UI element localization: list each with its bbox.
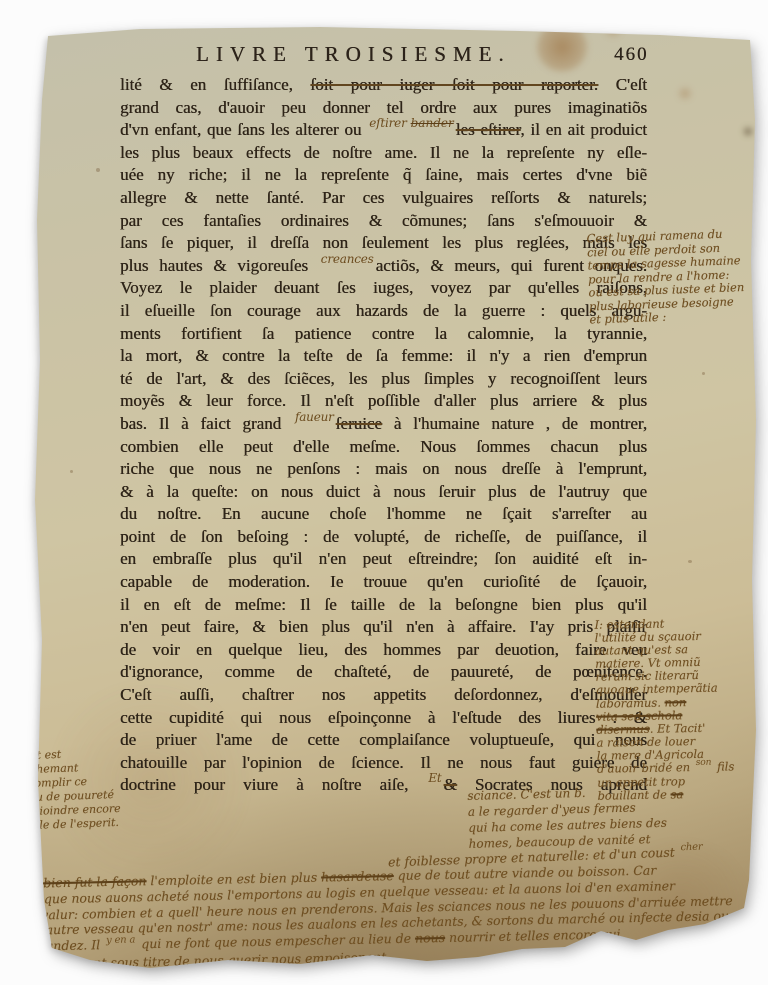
text-line: en embraſſe plus qu'il n'en peut eſtrein… [120, 548, 647, 571]
text-line: n'en peut faire, & bien plus qu'il n'en … [120, 616, 647, 639]
text-line: chatouille par l'opinion de ſcience. Il … [120, 752, 647, 775]
text-line: par ces fantaſies ordinaires & cõmunes; … [120, 210, 647, 233]
margin-note-socrates-right: Cest luy qui ramena duciel ou elle perdo… [586, 226, 768, 327]
text-line: point de ſon beſoing : de volupté, de ri… [120, 526, 647, 549]
ink-stain [676, 86, 694, 101]
scanned-book-page: LIVRE TROISIESME. 460 lité & en ſuffiſan… [0, 0, 768, 985]
text-line: riche que nous ne penſons : mais on nous… [120, 458, 647, 481]
text-line: ſans ſe piquer, il dreſſa non ſeulement … [120, 232, 647, 255]
text-line: allegre & nette ſanté. Par ces vulguaire… [120, 187, 647, 210]
text-line: il eſueille ſon courage aux hazards de l… [120, 300, 647, 323]
text-line: d'ignorance, comme de chaſteté, de pauur… [120, 661, 647, 684]
margin-note-science-continuation: sciance. C'est un b.a le regarder d'yeus… [467, 780, 768, 852]
paper-speck [70, 470, 73, 473]
text-line: té de l'art, & des ſciẽces, les plus ſim… [120, 368, 647, 391]
text-line: lité & en ſuffiſance, ſoit pour iuger ſo… [120, 74, 647, 97]
ink-stain [534, 22, 590, 72]
text-line: capable de moderation. Ie trouue qu'en c… [120, 571, 647, 594]
margin-note-poverty-left: I Et estrichemantacomplir ceueu de pouur… [21, 745, 154, 833]
text-line: uée ny riche; il ne la repreſente q̃ ſai… [120, 164, 647, 187]
text-line: cette cupidité qui nous eſpoinçonne à l'… [120, 707, 647, 730]
text-line: C'eſt auſſi, chaſtrer nos appetits deſor… [120, 684, 647, 707]
ink-stain [742, 126, 754, 137]
ink-stain [601, 18, 625, 38]
text-line: moyẽs & leur force. Il n'eſt poſſible d'… [120, 390, 647, 413]
text-line: il en eſt de meſme: Il ſe taille de la b… [120, 594, 647, 617]
paper-speck [702, 372, 705, 375]
page-shadow-wrap: LIVRE TROISIESME. 460 lité & en ſuffiſan… [0, 0, 768, 985]
paper-speck [688, 560, 692, 563]
text-line: combien elle peut d'elle meſme. Nous ſom… [120, 436, 647, 459]
text-line: bas. Il à faict grand faueurſeruice à l'… [120, 413, 647, 436]
book-title: LIVRE TROISIESME. [196, 42, 511, 67]
printed-body-text: lité & en ſuffiſance, ſoit pour iuger ſo… [120, 74, 647, 797]
paper-speck [96, 168, 100, 172]
paper-sheet: LIVRE TROISIESME. 460 lité & en ſuffiſan… [0, 0, 768, 985]
text-line: Voyez le plaider deuant ſes iuges, voyez… [120, 277, 647, 300]
text-line: la mort, & contre la teſte de ſa femme: … [120, 345, 647, 368]
text-line: de priuer l'ame de cette complaiſance vo… [120, 729, 647, 752]
text-line: d'vn enfant, que ſans les alterer ou eſt… [120, 119, 647, 142]
page-number: 460 [614, 44, 649, 66]
text-line: de voir en quelque lieu, des hommes par … [120, 639, 647, 662]
text-line: & à la queſte: on nous duict à nous ſeru… [120, 481, 647, 504]
text-line: ments fortifient ſa patience contre la c… [120, 323, 647, 346]
text-line: du noſtre. En aucune choſe l'homme ne ſç… [120, 503, 647, 526]
text-line: les plus beaux effects de noſtre ame. Il… [120, 142, 647, 165]
bottom-margin-note: Et bien fut la façon l'emploite en est b… [25, 860, 767, 972]
margin-note-science-right: I: estendantl'utilité du sçauoirautant q… [594, 615, 768, 803]
text-line: plus hautes & vigoreuſes creancesactiõs,… [120, 255, 647, 278]
